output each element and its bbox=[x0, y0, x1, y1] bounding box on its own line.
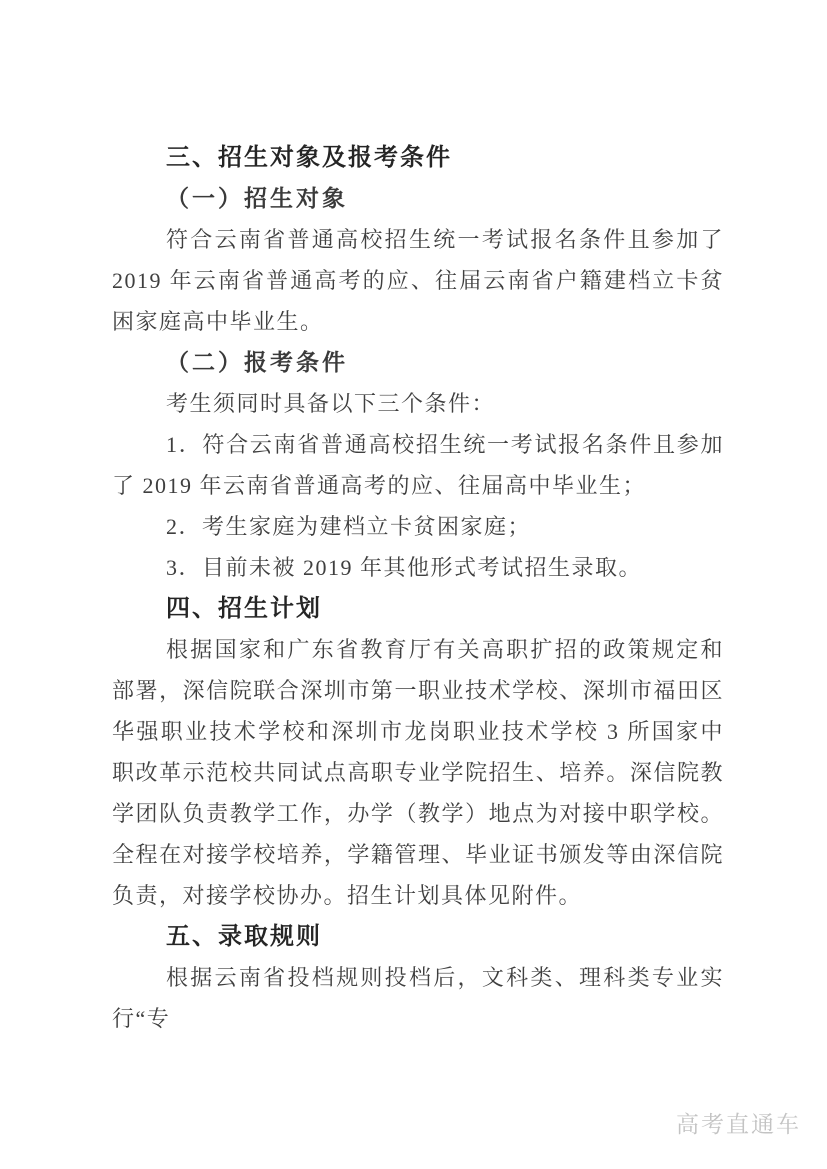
document-body: 三、招生对象及报考条件 （一）招生对象 符合云南省普通高校招生统一考试报名条件且… bbox=[112, 137, 724, 1039]
paragraph-admission-target: 符合云南省普通高校招生统一考试报名条件且参加了 2019 年云南省普通高考的应、… bbox=[112, 219, 724, 342]
section-heading-admission-rules: 五、录取规则 bbox=[112, 916, 724, 957]
paragraph-requirements-intro: 考生须同时具备以下三个条件： bbox=[112, 383, 724, 424]
list-item-condition-2: 2．考生家庭为建档立卡贫困家庭； bbox=[112, 506, 724, 547]
subsection-title-application-requirements: （二）报考条件 bbox=[112, 342, 724, 383]
document-page: 三、招生对象及报考条件 （一）招生对象 符合云南省普通高校招生统一考试报名条件且… bbox=[0, 0, 827, 1169]
paragraph-admission-rules-truncated: 根据云南省投档规则投档后，文科类、理科类专业实行“专 bbox=[112, 957, 724, 1039]
subsection-title-admission-target: （一）招生对象 bbox=[112, 178, 724, 219]
section-heading-admission-targets-and-requirements: 三、招生对象及报考条件 bbox=[112, 137, 724, 178]
list-item-condition-3: 3．目前未被 2019 年其他形式考试招生录取。 bbox=[112, 547, 724, 588]
paragraph-enrollment-plan: 根据国家和广东省教育厅有关高职扩招的政策规定和部署，深信院联合深圳市第一职业技术… bbox=[112, 629, 724, 916]
section-heading-enrollment-plan: 四、招生计划 bbox=[112, 588, 724, 629]
watermark-gaokao-zhitongche: 高考直通车 bbox=[676, 1106, 801, 1139]
list-item-condition-1: 1．符合云南省普通高校招生统一考试报名条件且参加了 2019 年云南省普通高考的… bbox=[112, 424, 724, 506]
